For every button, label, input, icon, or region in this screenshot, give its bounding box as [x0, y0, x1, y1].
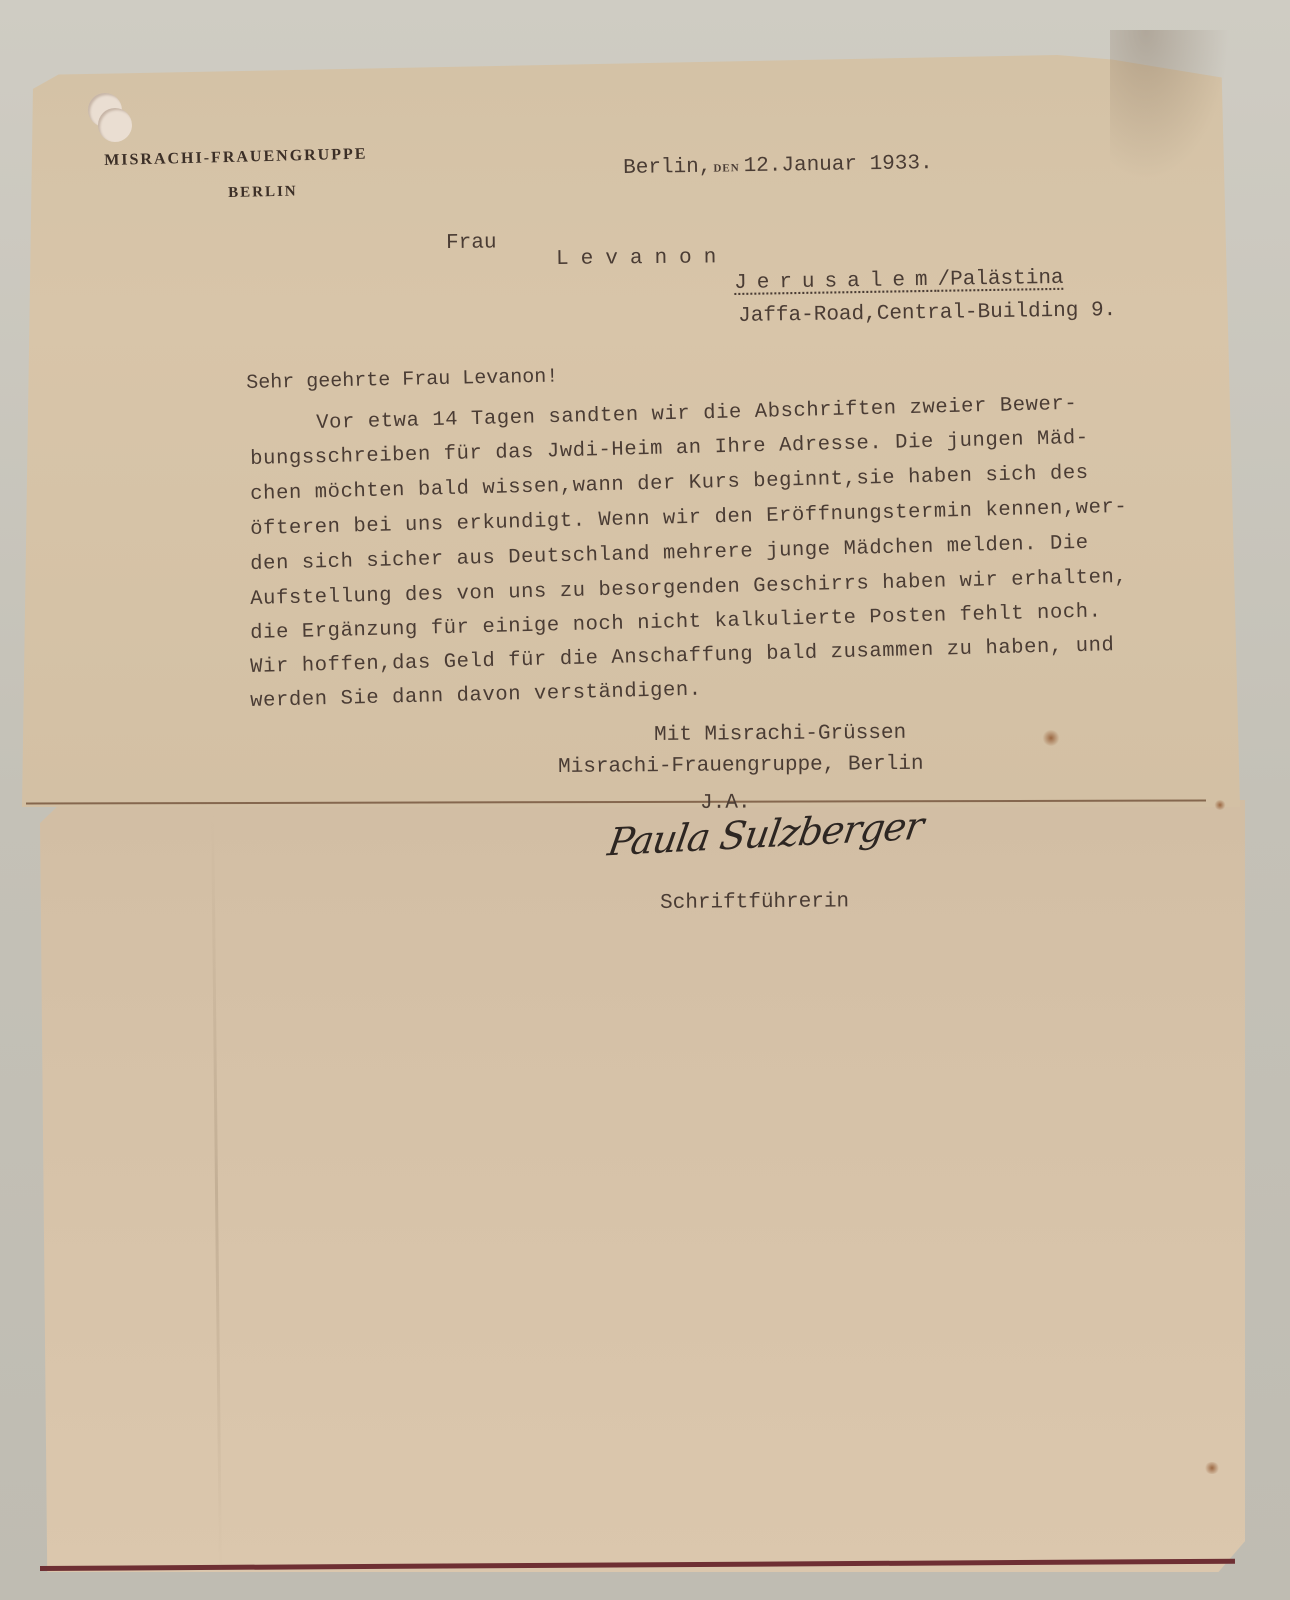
recipient-country: /Palästina: [937, 267, 1063, 292]
folded-corner-shadow: [1110, 30, 1230, 180]
date-den: DEN: [713, 162, 739, 174]
date-line: Berlin,DEN12.Januar 1933.: [623, 152, 933, 180]
letterhead-city: BERLIN: [228, 184, 298, 202]
closing-on-behalf: J.A.: [700, 792, 751, 815]
date-value: 12.Januar 1933.: [743, 152, 932, 178]
recipient-name: Levanon: [556, 246, 728, 271]
paper-stain: [1042, 730, 1060, 746]
date-place: Berlin,: [623, 156, 712, 180]
paper-stain: [1214, 800, 1226, 810]
punch-hole: [98, 108, 132, 142]
paper-stain: [1204, 1462, 1220, 1474]
recipient-salutation: Frau: [446, 231, 497, 255]
closing-sender: Misrachi-Frauengruppe, Berlin: [558, 753, 924, 779]
recipient-city: Jerusalem: [734, 269, 938, 295]
closing-title: Schriftführerin: [660, 890, 849, 915]
closing-regards: Mit Misrachi-Grüssen: [654, 722, 906, 747]
